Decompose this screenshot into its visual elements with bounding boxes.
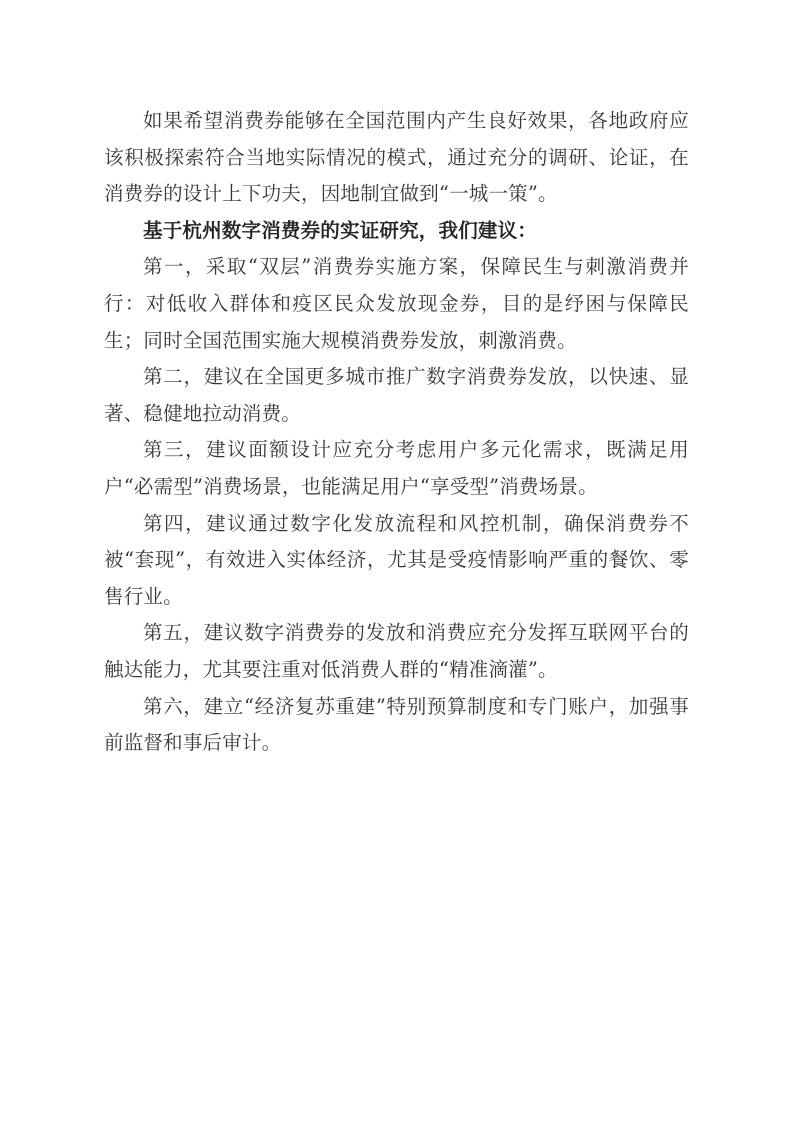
body-paragraph: 第一，采取“双层”消费券实施方案，保障民生与刺激消费并行：对低收入群体和疫区民众… [104,249,689,359]
recommendation-heading: 基于杭州数字消费券的实证研究，我们建议： [104,213,689,250]
document-body: 如果希望消费券能够在全国范围内产生良好效果，各地政府应该积极探索符合当地实际情况… [104,103,689,762]
body-paragraph: 第三，建议面额设计应充分考虑用户多元化需求，既满足用户“必需型”消费场景，也能满… [104,432,689,505]
body-paragraph: 第五，建议数字消费券的发放和消费应充分发挥互联网平台的触达能力，尤其要注重对低消… [104,615,689,688]
body-paragraph: 第四，建议通过数字化发放流程和风控机制，确保消费券不被“套现”，有效进入实体经济… [104,506,689,616]
body-paragraph: 第二，建议在全国更多城市推广数字消费券发放，以快速、显著、稳健地拉动消费。 [104,359,689,432]
body-paragraph: 如果希望消费券能够在全国范围内产生良好效果，各地政府应该积极探索符合当地实际情况… [104,103,689,213]
body-paragraph: 第六，建立“经济复苏重建”特别预算制度和专门账户，加强事前监督和事后审计。 [104,689,689,762]
document-page: 如果希望消费券能够在全国范围内产生良好效果，各地政府应该积极探索符合当地实际情况… [0,0,793,1122]
